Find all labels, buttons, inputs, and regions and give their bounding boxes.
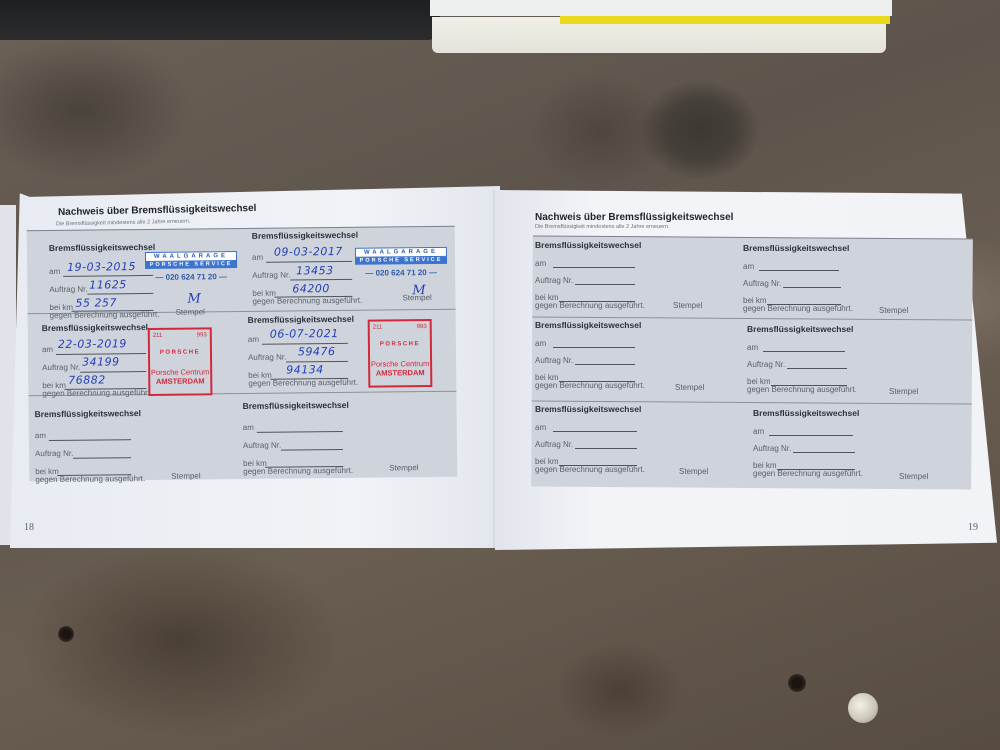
entry-header: Bremsflüssigkeitswechsel	[743, 243, 849, 253]
km-value: 94134	[286, 363, 324, 376]
stamp-code-left: 211	[373, 325, 383, 331]
stamp-code-left: 211	[153, 333, 163, 339]
date-line	[49, 439, 131, 441]
entry-footer: gegen Berechnung ausgeführt.	[747, 385, 857, 394]
date-line	[266, 261, 352, 263]
date-label: am	[753, 427, 764, 436]
date-label: am	[535, 259, 546, 268]
order-label: Auftrag Nr.	[49, 285, 87, 294]
stamp-label: Stempel	[389, 463, 418, 472]
entry-footer: gegen Berechnung ausgeführt.	[743, 304, 853, 313]
signature: M	[187, 291, 200, 306]
entry-header: Bremsflüssigkeitswechsel	[35, 408, 141, 419]
date-line	[553, 347, 635, 348]
order-label: Auftrag Nr.	[35, 449, 73, 458]
order-line	[290, 279, 352, 281]
stamp-label: Stempel	[679, 467, 708, 476]
porsche-centrum-stamp: 211 993 PORSCHE Porsche Centrum AMSTERDA…	[368, 319, 433, 388]
km-value: 55 257	[75, 296, 117, 309]
entry-footer: gegen Berechnung ausgeführt.	[535, 301, 645, 310]
entry-header: Bremsflüssigkeitswechsel	[753, 408, 859, 418]
entry-header: Bremsflüssigkeitswechsel	[248, 314, 354, 325]
entry-footer: gegen Berechnung ausgeführt.	[535, 381, 645, 390]
stamp-label: Stempel	[176, 307, 205, 316]
entry-footer: gegen Berechnung ausgeführt.	[252, 296, 362, 306]
date-line	[769, 435, 853, 436]
stamp-label: Stempel	[171, 471, 200, 480]
date-line	[257, 431, 343, 433]
date-label: am	[743, 262, 754, 271]
order-line	[87, 293, 153, 295]
entry-footer: gegen Berechnung ausgeführt.	[753, 469, 863, 478]
date-line	[553, 267, 635, 268]
date-label: am	[243, 423, 254, 432]
entry-header: Bremsflüssigkeitswechsel	[535, 320, 641, 330]
date-label: am	[252, 253, 263, 262]
order-value: 13453	[296, 264, 334, 277]
date-label: am	[535, 423, 546, 432]
page-number: 18	[24, 522, 34, 533]
entry-footer: gegen Berechnung ausgeführt.	[243, 466, 353, 476]
stamp-phone: — 020 624 71 20 —	[145, 272, 237, 282]
stamp-code-right: 993	[417, 324, 427, 330]
stamp-label: Stempel	[899, 472, 928, 481]
order-value: 34199	[82, 355, 120, 368]
order-label: Auftrag Nr.	[243, 441, 281, 450]
date-value: 22-03-2019	[58, 337, 127, 351]
entry-footer: gegen Berechnung ausgeführt.	[50, 310, 160, 320]
porsche-centrum-stamp: 211 993 PORSCHE Porsche Centrum AMSTERDA…	[148, 327, 213, 396]
order-label: Auftrag Nr.	[535, 276, 573, 285]
stamp-brand: PORSCHE	[370, 341, 430, 348]
page-number: 19	[968, 522, 978, 533]
entry-header: Bremsflüssigkeitswechsel	[535, 240, 641, 250]
date-line	[759, 270, 839, 271]
date-label: am	[35, 431, 46, 440]
order-value: 11625	[89, 278, 127, 291]
order-label: Auftrag Nr.	[252, 270, 290, 279]
entry-header: Bremsflüssigkeitswechsel	[242, 400, 348, 411]
date-line	[763, 351, 845, 352]
entry-footer: gegen Berechnung ausgeführt.	[535, 465, 645, 474]
signature: M	[412, 283, 425, 298]
order-line	[783, 287, 841, 288]
entry-header: Bremsflüssigkeitswechsel	[747, 324, 853, 334]
entry-header: Bremsflüssigkeitswechsel	[535, 404, 641, 414]
order-label: Auftrag Nr.	[42, 363, 80, 372]
stamp-label: Stempel	[675, 383, 704, 392]
stamp-label: Stempel	[673, 301, 702, 310]
order-line	[575, 284, 635, 285]
stamp-line-2: PORSCHE SERVICE	[145, 261, 237, 269]
stamp-line-2: AMSTERDAM	[370, 368, 430, 378]
date-value: 09-03-2017	[274, 245, 343, 259]
date-line	[63, 275, 153, 277]
order-label: Auftrag Nr.	[747, 360, 785, 369]
date-line	[553, 431, 637, 432]
entry-footer: gegen Berechnung ausgeführt.	[42, 388, 152, 398]
entry-header: Bremsflüssigkeitswechsel	[49, 242, 155, 253]
stamp-brand: PORSCHE	[150, 349, 210, 356]
km-value: 76882	[68, 373, 106, 386]
entry-footer: gegen Berechnung ausgeführt.	[248, 378, 358, 388]
order-label: Auftrag Nr.	[535, 356, 573, 365]
record-panel-left: Bremsflüssigkeitswechsel am 19-03-2015 A…	[27, 226, 458, 481]
waalgarage-stamp: WAALGARAGE PORSCHE SERVICE — 020 624 71 …	[145, 251, 237, 282]
page-title: Nachweis über Bremsflüssigkeitswechsel	[535, 212, 733, 223]
date-label: am	[49, 267, 60, 276]
entry-header: Bremsflüssigkeitswechsel	[252, 230, 358, 241]
stamp-code-right: 993	[197, 332, 207, 338]
km-value: 64200	[292, 282, 330, 295]
order-line	[73, 457, 131, 459]
order-line	[575, 448, 637, 449]
order-label: Auftrag Nr.	[248, 353, 286, 362]
date-label: am	[747, 343, 758, 352]
stamp-line-2: AMSTERDAM	[150, 376, 210, 386]
stamp-label: Stempel	[889, 387, 918, 396]
stamp-label: Stempel	[879, 306, 908, 315]
stamp-phone: — 020 624 71 20 —	[355, 268, 447, 278]
order-line	[575, 364, 635, 365]
order-line	[80, 371, 146, 373]
order-line	[793, 452, 855, 453]
entry-footer: gegen Berechnung ausgeführt.	[35, 474, 145, 484]
order-label: Auftrag Nr.	[753, 444, 791, 453]
date-label: am	[248, 335, 259, 344]
order-line	[281, 449, 343, 451]
service-booklet: Nachweis über Bremsflüssigkeitswechsel D…	[0, 0, 1000, 750]
order-label: Auftrag Nr.	[535, 440, 573, 449]
entry-header: Bremsflüssigkeitswechsel	[42, 322, 148, 333]
stamp-line-2: PORSCHE SERVICE	[355, 257, 447, 265]
order-label: Auftrag Nr.	[743, 279, 781, 288]
date-value: 19-03-2015	[67, 260, 136, 274]
order-value: 59476	[298, 345, 336, 358]
date-value: 06-07-2021	[270, 327, 339, 341]
order-line	[787, 368, 847, 369]
page-subtitle: Die Bremsflüssigkeit mindestens alle 2 J…	[535, 224, 670, 230]
date-label: am	[42, 345, 53, 354]
date-label: am	[535, 339, 546, 348]
waalgarage-stamp: WAALGARAGE PORSCHE SERVICE — 020 624 71 …	[355, 247, 447, 278]
